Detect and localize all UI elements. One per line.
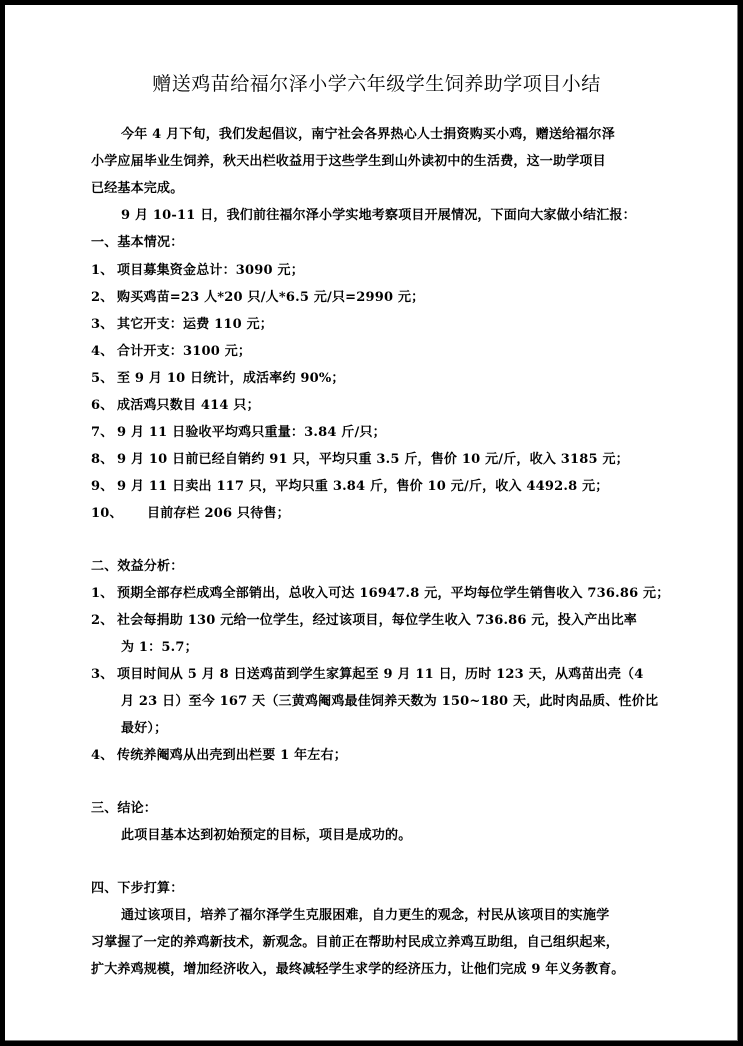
next-steps-line-3: 扩大养鸡规模，增加经济收入，最终减轻学生求学的经济压力，让他们完成 9 年义务教… [91,961,625,979]
document-title: 赠送鸡苗给福尔泽小学六年级学生饲养助学项目小结 [5,69,743,96]
list-item: 10、目前存栏 206 只待售； [91,505,290,523]
list-item: 1、项目募集资金总计：3090 元； [91,262,304,280]
section-heading-basic: 一、基本情况： [91,234,183,252]
item-text: 合计开支：3100 元； [117,344,251,359]
list-item: 4、合计开支：3100 元； [91,343,251,361]
list-item: 2、社会每捐助 130 元给一位学生，经过该项目，每位学生收入 736.86 元… [91,612,637,630]
list-item: 8、9 月 10 日前已经自销约 91 只，平均只重 3.5 斤，售价 10 元… [91,451,629,469]
item-text: 至 9 月 10 日统计，成活率约 90%； [117,371,345,386]
item-text: 9 月 11 日卖出 117 只，平均只重 3.84 斤，售价 10 元/斤，收… [117,479,609,494]
item-number: 2、 [91,612,117,630]
item-number: 10、 [91,505,147,523]
item-text: 项目时间从 5 月 8 日送鸡苗到学生家算起至 9 月 11 日，历时 123 … [117,667,643,682]
item-text-continued: 最好）； [121,720,167,738]
item-text-continued: 为 1：5.7； [121,639,198,657]
document-page: 赠送鸡苗给福尔泽小学六年级学生饲养助学项目小结 今年 4 月下旬，我们发起倡议，… [0,0,743,1046]
intro-line-1: 今年 4 月下旬，我们发起倡议，南宁社会各界热心人士捐资购买小鸡，赠送给福尔泽 [121,126,615,144]
list-item: 3、项目时间从 5 月 8 日送鸡苗到学生家算起至 9 月 11 日，历时 12… [91,666,643,684]
item-number: 5、 [91,370,117,388]
list-item: 4、传统养阉鸡从出壳到出栏要 1 年左右； [91,747,347,765]
item-number: 7、 [91,424,117,442]
item-number: 8、 [91,451,117,469]
section-heading-benefit: 二、效益分析： [91,558,183,576]
list-item: 3、其它开支：运费 110 元； [91,316,273,334]
item-text: 项目募集资金总计：3090 元； [117,263,304,278]
list-item: 7、9 月 11 日验收平均鸡只重量：3.84 斤/只； [91,424,386,442]
item-text: 成活鸡只数目 414 只； [117,398,260,413]
item-text: 9 月 10 日前已经自销约 91 只，平均只重 3.5 斤，售价 10 元/斤… [117,452,629,467]
intro-line-3: 已经基本完成。 [91,180,183,198]
item-text: 目前存栏 206 只待售； [147,506,290,521]
section-heading-conclusion: 三、结论： [91,800,157,818]
list-item: 2、购买鸡苗=23 人*20 只/人*6.5 元/只=2990 元； [91,289,424,307]
list-item: 5、至 9 月 10 日统计，成活率约 90%； [91,370,345,388]
item-text: 9 月 11 日验收平均鸡只重量：3.84 斤/只； [117,425,386,440]
item-text: 社会每捐助 130 元给一位学生，经过该项目，每位学生收入 736.86 元，投… [117,613,637,628]
item-text: 购买鸡苗=23 人*20 只/人*6.5 元/只=2990 元； [117,290,424,305]
item-text: 其它开支：运费 110 元； [117,317,273,332]
list-item: 6、成活鸡只数目 414 只； [91,397,260,415]
conclusion-text: 此项目基本达到初始预定的目标，项目是成功的。 [121,827,411,845]
next-steps-line-2: 习掌握了一定的养鸡新技术，新观念。目前正在帮助村民成立养鸡互助组，自己组织起来， [91,934,619,952]
intro-visit: 9 月 10-11 日，我们前往福尔泽小学实地考察项目开展情况，下面向大家做小结… [121,207,636,225]
item-number: 1、 [91,585,117,603]
item-number: 9、 [91,478,117,496]
item-number: 6、 [91,397,117,415]
intro-line-2: 小学应届毕业生饲养，秋天出栏收益用于这些学生到山外读初中的生活费，这一助学项目 [91,153,606,171]
item-number: 4、 [91,343,117,361]
item-text: 传统养阉鸡从出壳到出栏要 1 年左右； [117,748,347,763]
item-text-continued: 月 23 日）至今 167 天（三黄鸡阉鸡最佳饲养天数为 150~180 天，此… [121,693,658,711]
item-number: 3、 [91,666,117,684]
section-heading-next-steps: 四、下步打算： [91,880,183,898]
item-number: 4、 [91,747,117,765]
item-text: 预期全部存栏成鸡全部销出，总收入可达 16947.8 元，平均每位学生销售收入 … [117,586,669,601]
list-item: 9、9 月 11 日卖出 117 只，平均只重 3.84 斤，售价 10 元/斤… [91,478,609,496]
list-item: 1、预期全部存栏成鸡全部销出，总收入可达 16947.8 元，平均每位学生销售收… [91,585,669,603]
item-number: 2、 [91,289,117,307]
item-number: 3、 [91,316,117,334]
item-number: 1、 [91,262,117,280]
next-steps-line-1: 通过该项目，培养了福尔泽学生克服困难，自力更生的观念，村民从该项目的实施学 [121,907,609,925]
